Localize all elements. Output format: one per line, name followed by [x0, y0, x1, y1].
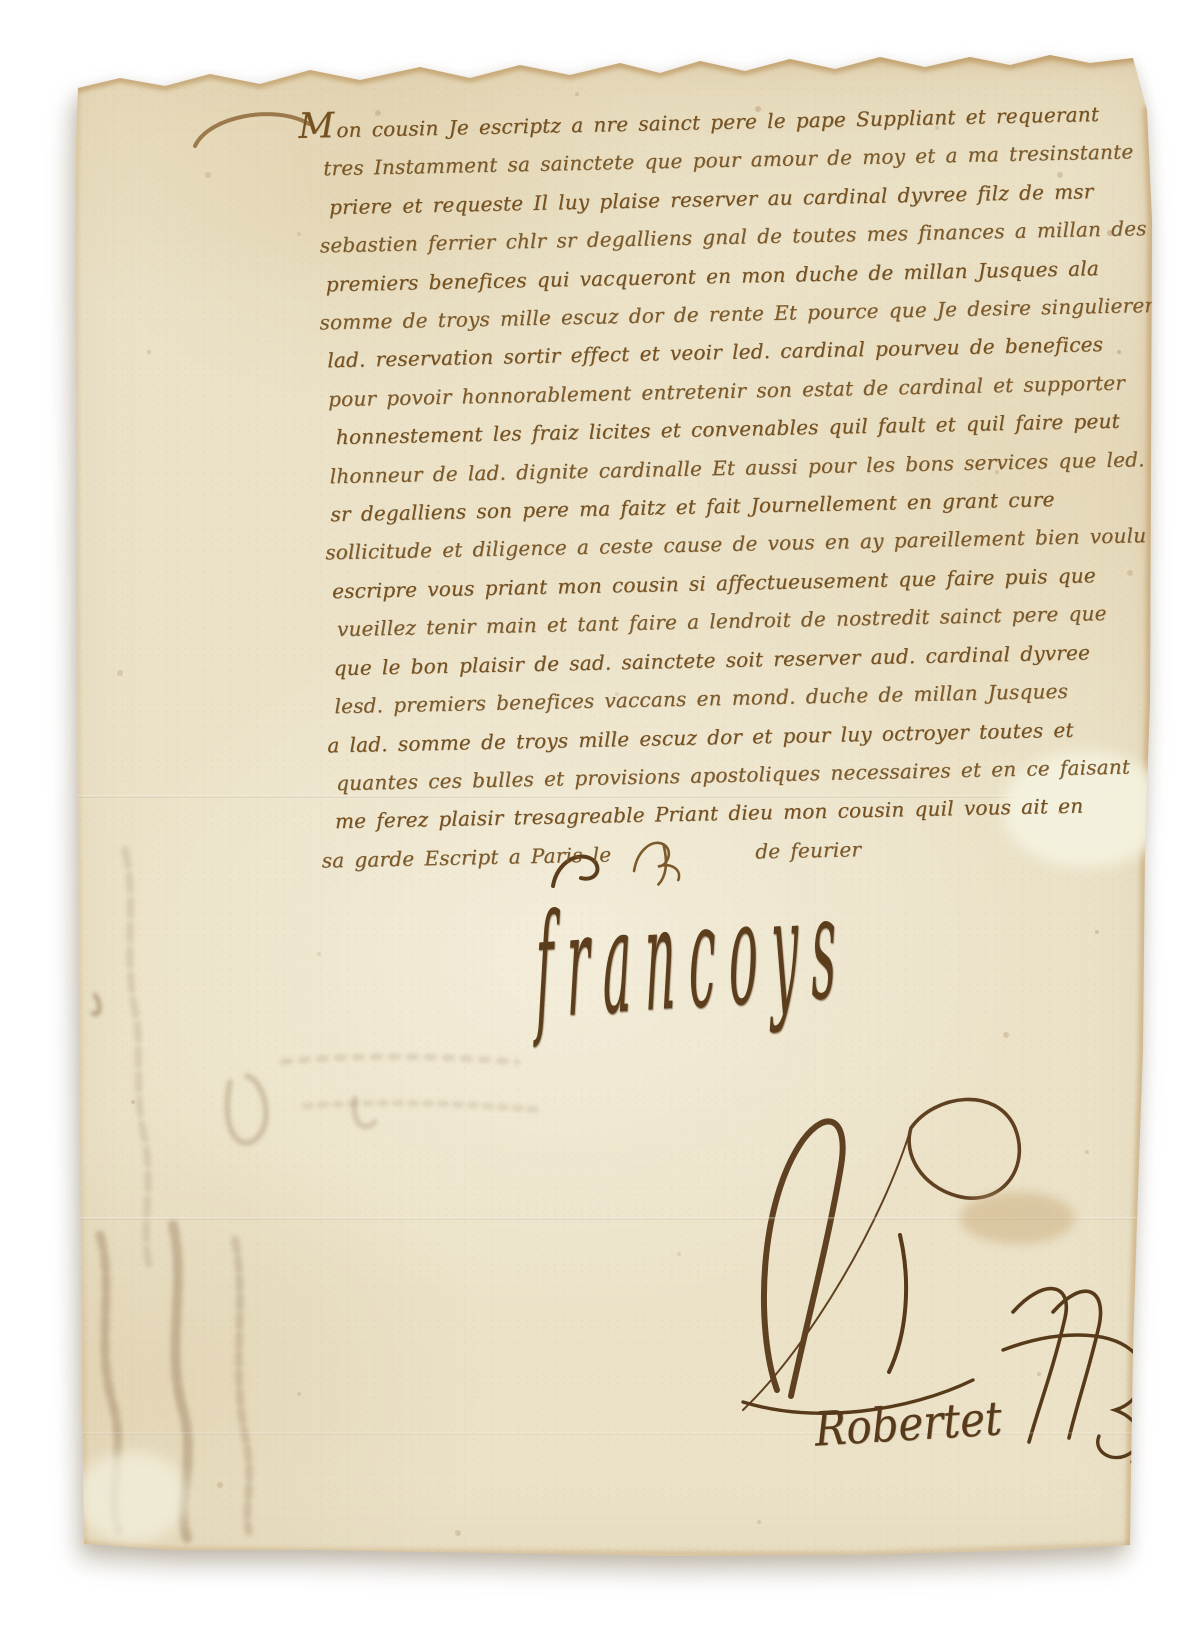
paper-chip-patch — [77, 1452, 187, 1542]
foxing-speck — [1127, 570, 1133, 576]
manuscript-paper: Mon cousin Je escriptz a nre sainct pere… — [55, 50, 1160, 1565]
royal-paraph — [743, 1099, 1019, 1410]
foxing-speck — [1085, 1150, 1089, 1154]
secretary-signature: Robertet — [813, 1391, 1003, 1457]
photograph-background: Mon cousin Je escriptz a nre sainct pere… — [0, 0, 1200, 1635]
foxing-speck — [1095, 930, 1099, 934]
foxing-speck — [131, 1100, 135, 1104]
ink-stain — [960, 1192, 1075, 1244]
foxing-speck — [455, 1530, 461, 1536]
foxing-speck — [935, 126, 939, 130]
letter-body: Mon cousin Je escriptz a nre sainct pere… — [292, 91, 1127, 906]
paper-shadow: Mon cousin Je escriptz a nre sainct pere… — [0, 0, 1200, 1635]
foxing-speck — [757, 1520, 761, 1524]
foxing-speck — [1037, 1372, 1041, 1376]
foxing-speck — [677, 1252, 681, 1256]
foxing-speck — [1003, 1032, 1009, 1038]
foxing-speck — [1057, 172, 1063, 178]
foxing-speck — [995, 470, 999, 474]
foxing-speck — [1117, 350, 1121, 354]
foxing-speck — [217, 1482, 223, 1488]
foxing-speck — [1107, 230, 1113, 236]
royal-signature-name: Francoys — [535, 863, 873, 1054]
foxing-speck — [575, 92, 579, 96]
foxing-speck — [375, 110, 381, 116]
foxing-speck — [1058, 810, 1062, 814]
foxing-speck — [147, 350, 151, 354]
foxing-speck — [615, 692, 619, 696]
foxing-speck — [487, 352, 491, 356]
royal-signature: Francoys — [535, 886, 865, 1116]
foxing-speck — [917, 612, 921, 616]
foxing-speck — [317, 952, 321, 956]
foxing-speck — [117, 670, 123, 676]
foxing-speck — [297, 232, 301, 236]
foxing-speck — [205, 172, 211, 178]
dateline-place: sa garde Escript a Paris le — [321, 835, 611, 879]
foxing-speck — [755, 106, 761, 112]
foxing-speck — [297, 1392, 301, 1396]
